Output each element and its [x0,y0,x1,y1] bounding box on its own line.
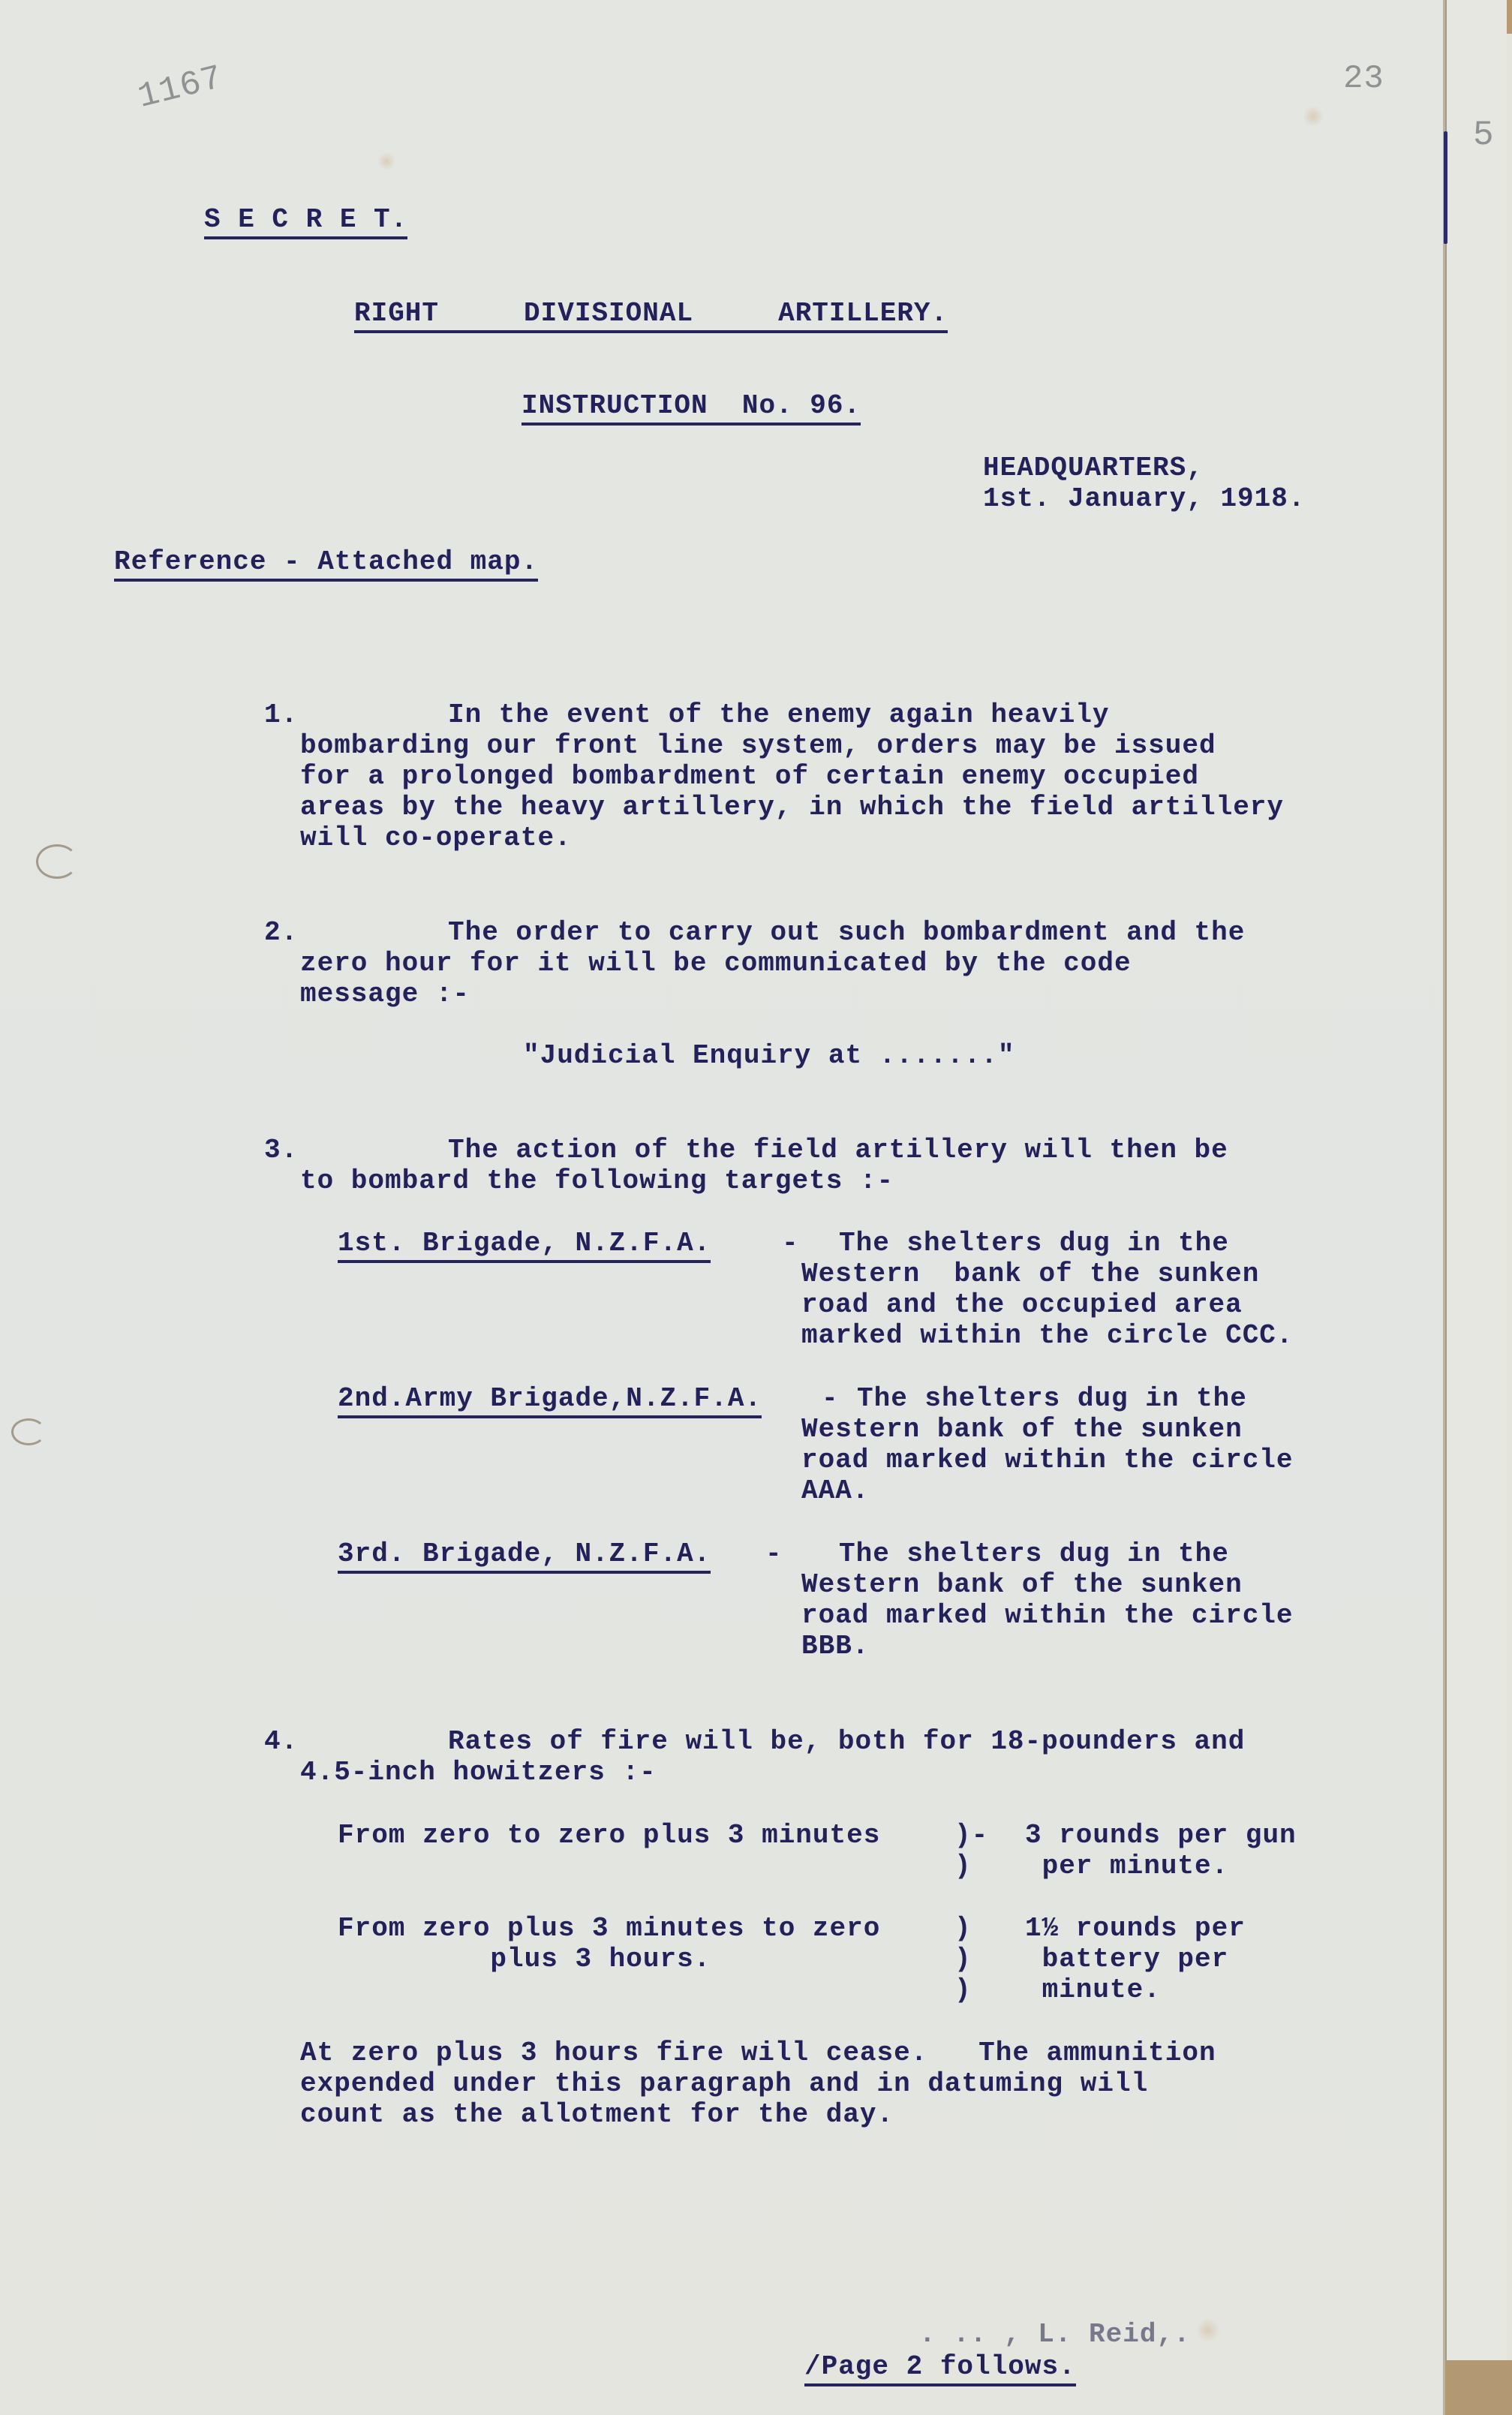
target-description-line: road marked within the circle [801,1445,1294,1475]
ring-stain [11,1418,46,1445]
brace-mark: ) [954,1913,972,1944]
map-reference: Reference - Attached map. [114,546,538,582]
underlying-sheet [1444,0,1507,2415]
document-date: 1st. January, 1918. [983,483,1305,514]
target-description-line: The shelters dug in the [857,1383,1247,1414]
paragraph-1-line: In the event of the enemy again heavily [448,699,1110,730]
rate-value: battery per [1025,1944,1228,1974]
target-description-line: road and the occupied area [801,1289,1243,1320]
target-description-line: marked within the circle CCC. [801,1320,1294,1351]
target-description-line: road marked within the circle [801,1600,1294,1631]
page-continuation-note: /Page 2 follows. [804,2351,1076,2386]
ring-stain [36,844,78,879]
code-message: "Judicial Enquiry at ......." [523,1040,1015,1071]
closing-line: At zero plus 3 hours fire will cease. Th… [300,2038,1216,2068]
brace-mark: ) [954,1974,972,2005]
target-unit-3rd-brigade: 3rd. Brigade, N.Z.F.A. [338,1538,711,1574]
target-dash: - [782,1228,799,1259]
rate-value: 3 rounds per gun [1025,1820,1297,1851]
paragraph-3-line: to bombard the following targets :- [300,1165,894,1196]
unit-heading: RIGHT DIVISIONAL ARTILLERY. [354,298,948,333]
closing-line: expended under this paragraph and in dat… [300,2068,1148,2099]
rate-value: per minute. [1025,1851,1228,1881]
paragraph-1-number: 1. [264,699,298,730]
target-description-line: Western bank of the sunken [801,1569,1243,1600]
paragraph-1-line: for a prolonged bombardment of certain e… [300,761,1199,792]
target-dash: - [765,1538,783,1569]
target-description-line: BBB. [801,1631,869,1662]
paragraph-1-line: will co-operate. [300,823,572,853]
paragraph-2-line: The order to carry out such bombardment … [448,917,1245,948]
rate-period: plus 3 hours. [338,1944,711,1974]
paragraph-3-line: The action of the field artillery will t… [448,1135,1228,1165]
target-description-line: Western bank of the sunken [801,1259,1259,1289]
paragraph-4-number: 4. [264,1726,298,1757]
document-page: 1167 23 S E C R E T. RIGHT DIVISIONAL AR… [0,0,1445,2415]
classification-heading: S E C R E T. [204,204,407,239]
faded-signature-line: . .. , L. Reid,. [919,2319,1191,2350]
rate-value: minute. [1025,1974,1161,2005]
paragraph-1-line: bombarding our front line system, orders… [300,730,1216,761]
archive-stamp-number: 1167 [135,63,226,113]
paragraph-2-line: zero hour for it will be communicated by… [300,948,1132,979]
rate-period: From zero plus 3 minutes to zero [338,1913,880,1944]
paragraph-4-line: 4.5-inch howitzers :- [300,1757,657,1788]
target-dash: - [822,1383,839,1414]
target-unit-1st-brigade: 1st. Brigade, N.Z.F.A. [338,1228,711,1263]
headquarters-label: HEADQUARTERS, [983,453,1204,483]
target-unit-2nd-army-brigade: 2nd.Army Brigade,N.Z.F.A. [338,1383,762,1418]
paragraph-4-line: Rates of fire will be, both for 18-pound… [448,1726,1245,1757]
target-description-line: The shelters dug in the [839,1228,1229,1259]
target-description-line: AAA. [801,1475,869,1506]
paragraph-3-number: 3. [264,1135,298,1165]
next-sheet-number: 5 [1473,120,1495,151]
target-description-line: The shelters dug in the [839,1538,1229,1569]
target-description-line: Western bank of the sunken [801,1414,1243,1445]
closing-line: count as the allotment for the day. [300,2099,894,2130]
brace-mark: )- [954,1820,988,1851]
instruction-title: INSTRUCTION No. 96. [522,390,861,426]
folio-number: 23 [1343,64,1384,95]
paragraph-2-line: message :- [300,979,470,1009]
brace-mark: ) [954,1851,972,1881]
rate-period: From zero to zero plus 3 minutes [338,1820,880,1851]
paragraph-1-line: areas by the heavy artillery, in which t… [300,792,1284,823]
edge-ink-mark [1444,131,1447,244]
brace-mark: ) [954,1944,972,1974]
paragraph-2-number: 2. [264,917,298,948]
rate-value: 1½ rounds per [1025,1913,1246,1944]
